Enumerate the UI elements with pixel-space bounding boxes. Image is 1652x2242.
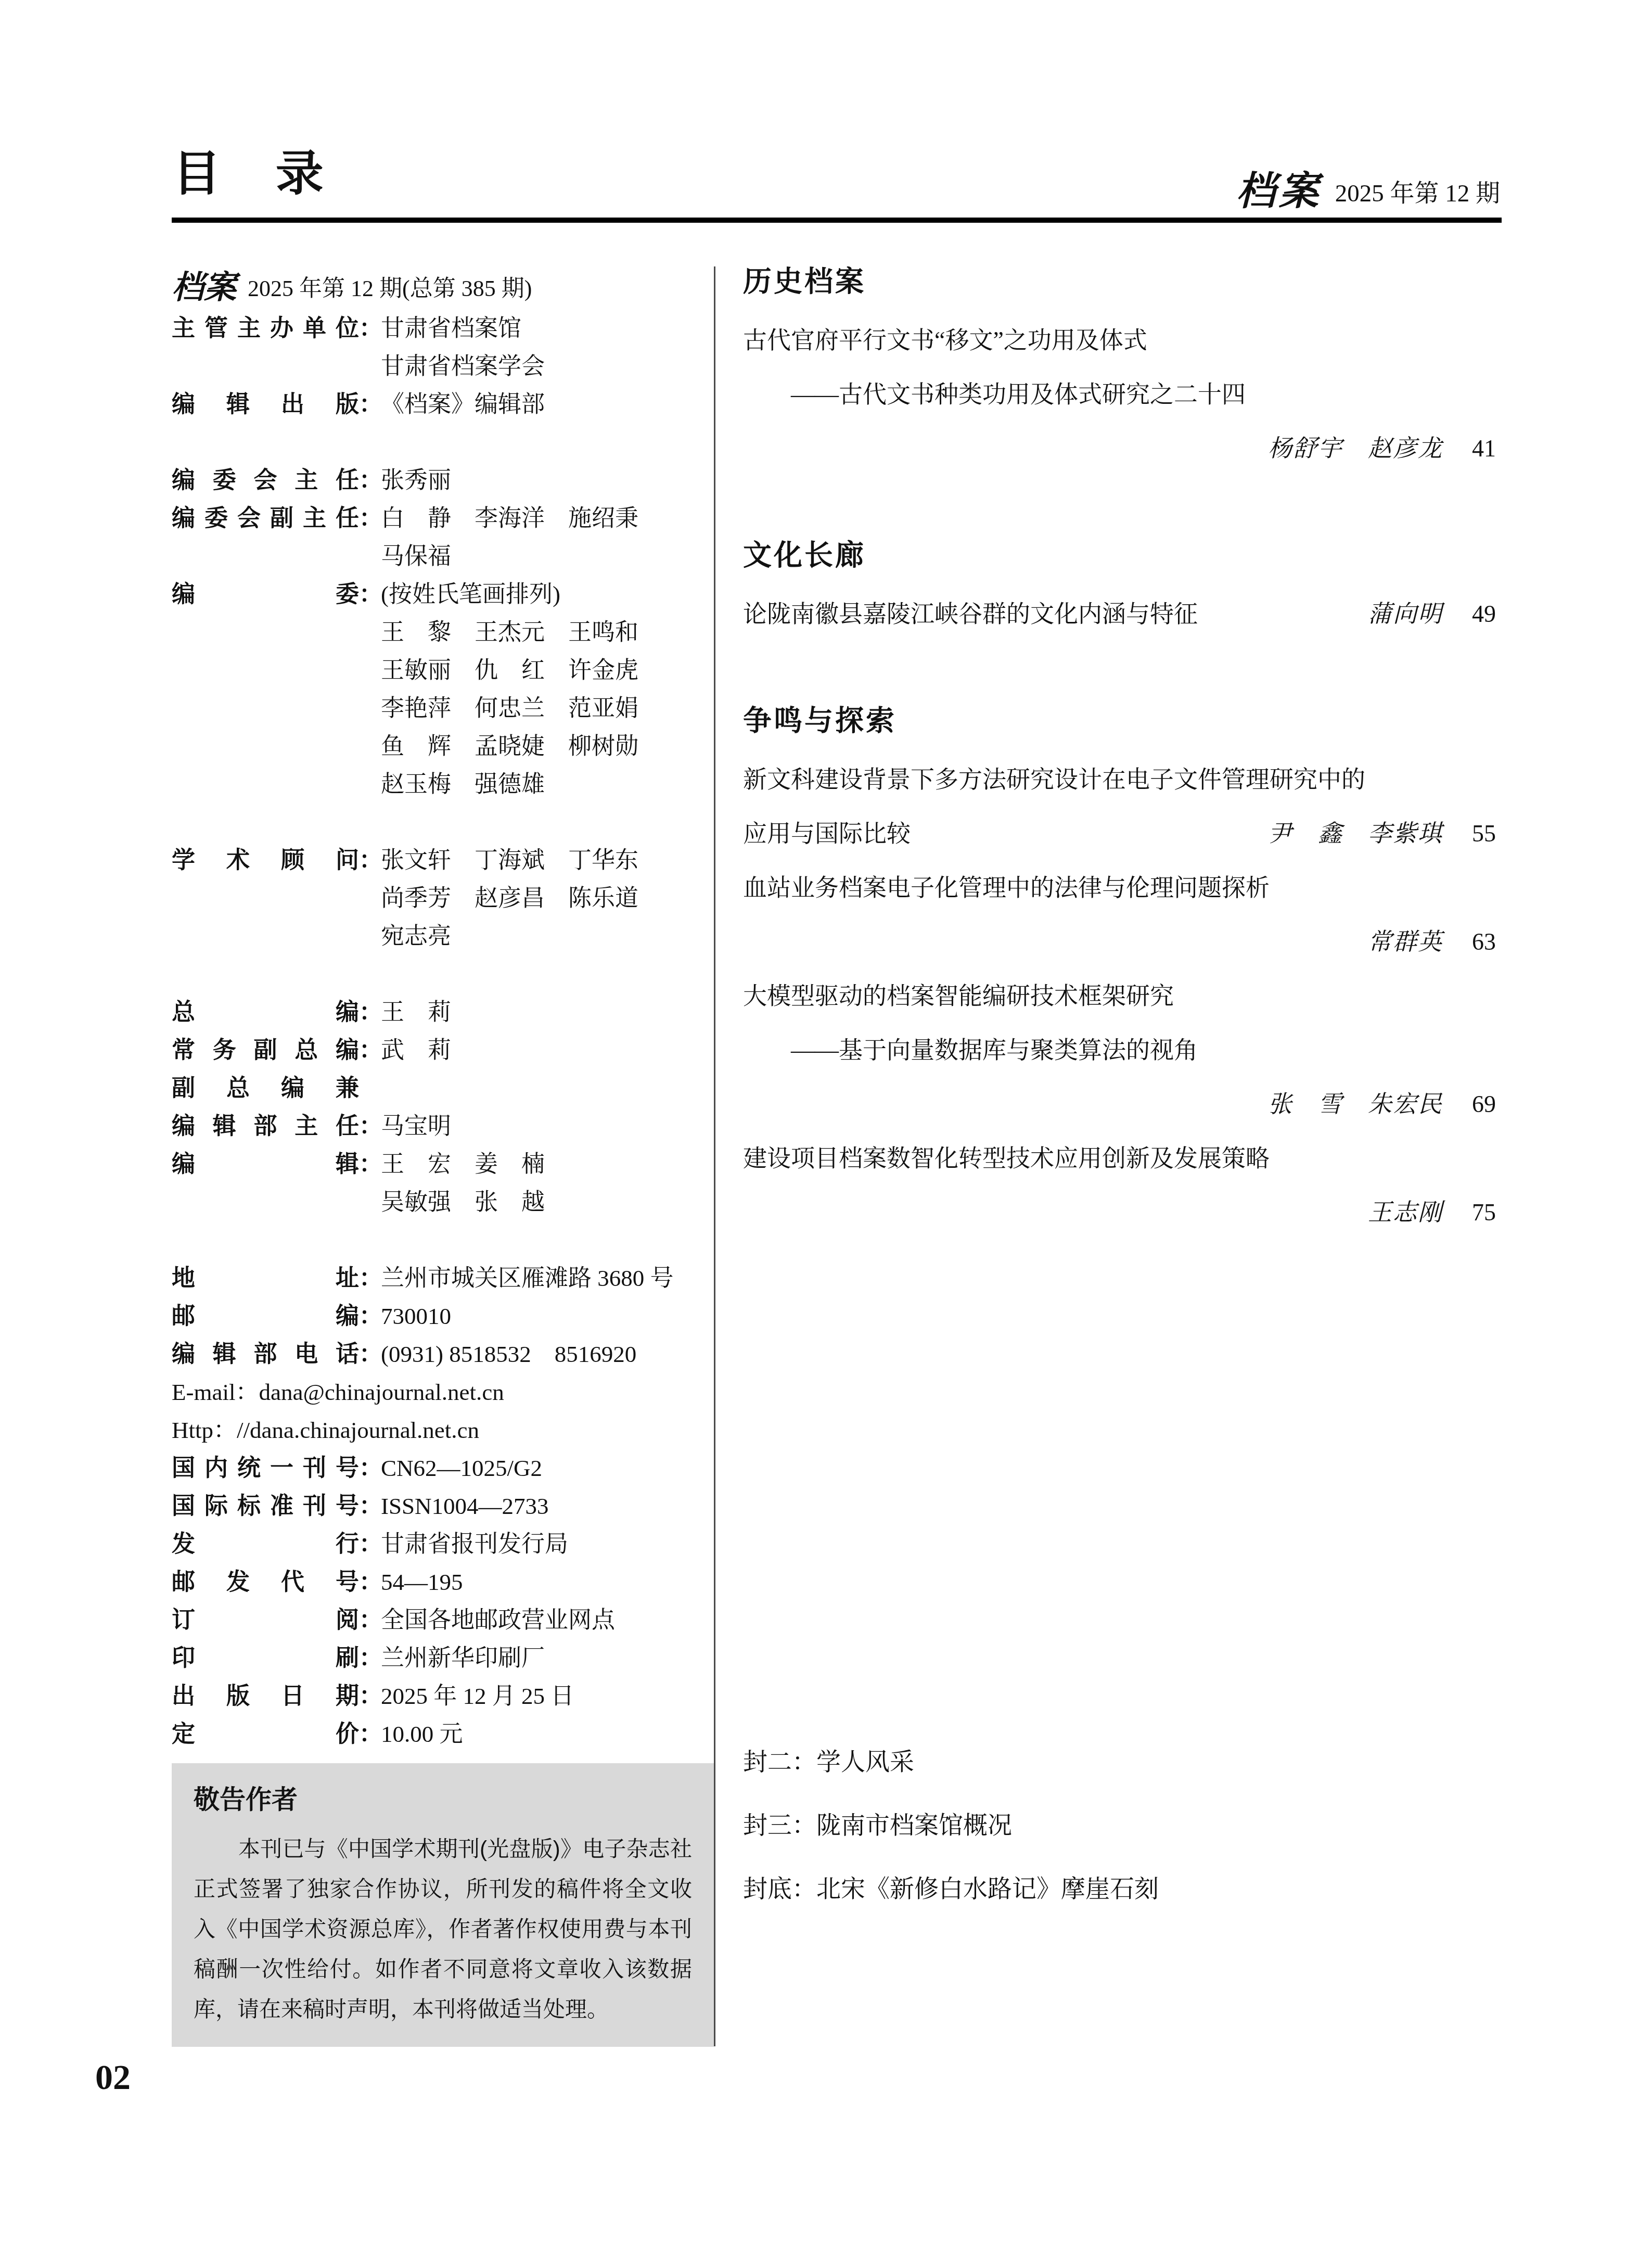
article-authors-row: 常群英63 (743, 928, 1496, 956)
masthead-label: 编委会主任 (172, 462, 359, 500)
masthead-label: 地址 (172, 1259, 359, 1297)
article-authors-page: 蒲向明49 (1368, 601, 1496, 628)
masthead-value: 2025 年 12 月 25 日 (381, 1683, 574, 1709)
masthead-website: Http：//dana.chinajournal.net.cn (172, 1417, 479, 1443)
masthead-logo-row: 档案2025 年第 12 期(总第 385 期) (172, 266, 715, 310)
masthead-value: 尚季芳 赵彦昌 陈乐道 (381, 885, 638, 911)
masthead-label: 发行 (172, 1525, 359, 1563)
masthead-row: 编辑部电话：(0931) 8518532 8516920 (172, 1335, 715, 1373)
masthead-colon: ： (359, 1449, 381, 1487)
masthead-value: 赵玉梅 强德雄 (381, 771, 545, 797)
masthead-row: 编委会副主任：白 静 李海洋 施绍秉 (172, 500, 715, 538)
journal-issue: 2025 年第 12 期 (1335, 180, 1500, 207)
masthead-colon: ： (359, 500, 381, 538)
masthead-value: 武 莉 (381, 1037, 451, 1063)
masthead-colon: ： (359, 1487, 381, 1525)
article-subtitle: ——古代文书种类功用及体式研究之二十四 (743, 381, 1496, 408)
cover-note-3: 封三：陇南市档案馆概况 (743, 1812, 1496, 1839)
masthead-label: 主管主办单位 (172, 310, 359, 348)
masthead-row: 主管主办单位：甘肃省档案馆 (172, 310, 715, 348)
masthead-label: 国际标准刊号 (172, 1487, 359, 1525)
masthead-row-website: Http：//dana.chinajournal.net.cn (172, 1411, 715, 1449)
article-subtitle: ——基于向量数据库与聚类算法的视角 (743, 1037, 1496, 1064)
masthead-label: 总编 (172, 993, 359, 1031)
masthead-value: 兰州新华印刷厂 (381, 1645, 545, 1671)
notice-body: 本刊已与《中国学术期刊(光盘版)》电子杂志社正式签署了独家合作协议，所刊发的稿件… (194, 1829, 692, 2029)
article-authors-page: 尹 鑫 李紫琪55 (1268, 820, 1496, 847)
section-heading: 争鸣与探索 (743, 706, 1496, 736)
toc-section-debate: 争鸣与探索 新文科建设背景下多方法研究设计在电子文件管理研究中的 应用与国际比较… (743, 706, 1496, 1226)
masthead-label: 定价 (172, 1715, 359, 1753)
masthead-row: 尚季芳 赵彦昌 陈乐道 (172, 880, 715, 918)
masthead-value: 《档案》编辑部 (381, 391, 545, 417)
cover-note-2: 封二：学人风采 (743, 1749, 1496, 1776)
masthead-value: 王 莉 (381, 999, 451, 1025)
masthead-colon: ： (359, 1715, 381, 1753)
masthead-value: 10.00 元 (381, 1721, 463, 1747)
masthead-row: 王敏丽 仇 红 许金虎 (172, 652, 715, 690)
masthead-row: 编委会主任：张秀丽 (172, 462, 715, 500)
masthead-colon: ： (359, 576, 381, 614)
masthead-value: (0931) 8518532 8516920 (381, 1341, 636, 1367)
masthead-row: 国际标准刊号：ISSN1004—2733 (172, 1487, 715, 1525)
toc-section-culture: 文化长廊 论陇南徽县嘉陵江峡谷群的文化内涵与特征蒲向明49 (743, 540, 1496, 628)
masthead-colon: ： (359, 1031, 381, 1069)
article-title: 建设项目档案数智化转型技术应用创新及发展策略 (743, 1145, 1496, 1172)
masthead-label: 订阅 (172, 1601, 359, 1639)
article-authors-row: 杨舒宇 赵彦龙41 (743, 435, 1496, 462)
masthead-colon: ： (359, 842, 381, 880)
masthead-colon: ： (359, 386, 381, 424)
masthead-row: 邮编：730010 (172, 1297, 715, 1335)
article-authors: 王志刚 (1368, 1199, 1443, 1226)
cover-note-back: 封底：北宋《新修白水路记》摩崖石刻 (743, 1876, 1496, 1903)
masthead-row: 李艳萍 何忠兰 范亚娟 (172, 690, 715, 728)
article-title: 大模型驱动的档案智能编研技术框架研究 (743, 983, 1496, 1010)
masthead-label: 邮发代号 (172, 1563, 359, 1601)
masthead-value: (按姓氏笔画排列) (381, 581, 560, 607)
masthead-row: 学术顾问：张文轩 丁海斌 丁华东 (172, 842, 715, 880)
masthead-colon: ： (359, 1107, 381, 1145)
page-number: 02 (95, 2057, 131, 2098)
article-row: 论陇南徽县嘉陵江峡谷群的文化内涵与特征蒲向明49 (743, 601, 1496, 628)
masthead-value: 兰州市城关区雁滩路 3680 号 (381, 1265, 674, 1291)
article-page: 69 (1472, 1091, 1496, 1117)
masthead-label: 国内统一刊号 (172, 1449, 359, 1487)
article-title: 应用与国际比较 (743, 820, 911, 847)
masthead-colon: ： (359, 1297, 381, 1335)
masthead-label: 编辑部电话 (172, 1335, 359, 1373)
masthead-value: CN62—1025/G2 (381, 1455, 542, 1481)
masthead-value: 李艳萍 何忠兰 范亚娟 (381, 695, 638, 721)
masthead-colon: ： (359, 1639, 381, 1677)
masthead-label: 出版日期 (172, 1677, 359, 1715)
masthead-value: 鱼 辉 孟晓婕 柳树勋 (381, 733, 638, 759)
journal-logo: 档案 (1236, 168, 1322, 214)
masthead-colon: ： (359, 993, 381, 1031)
page-title: 目录 (173, 150, 379, 198)
masthead-label: 编委会副主任 (172, 500, 359, 538)
masthead-colon: ： (359, 1259, 381, 1297)
masthead-value: 甘肃省报刊发行局 (381, 1531, 568, 1557)
article-authors: 杨舒宇 赵彦龙 (1268, 435, 1443, 462)
masthead-row: 总编：王 莉 (172, 993, 715, 1031)
masthead-value: ISSN1004—2733 (381, 1493, 549, 1519)
masthead-row: 地址：兰州市城关区雁滩路 3680 号 (172, 1259, 715, 1297)
header-rule (172, 218, 1502, 223)
masthead-label: 印刷 (172, 1639, 359, 1677)
masthead-label: 邮编 (172, 1297, 359, 1335)
article-authors-row: 王志刚75 (743, 1199, 1496, 1226)
article-title: 新文科建设背景下多方法研究设计在电子文件管理研究中的 (743, 766, 1496, 793)
section-heading: 文化长廊 (743, 540, 1496, 570)
notice-to-authors-box: 敬告作者 本刊已与《中国学术期刊(光盘版)》电子杂志社正式签署了独家合作协议，所… (172, 1763, 714, 2047)
masthead-value: 甘肃省档案馆 (381, 315, 521, 341)
article-page: 55 (1472, 820, 1496, 847)
header-journal-issue: 档案2025 年第 12 期 (1236, 159, 1500, 216)
masthead-label: 编辑出版 (172, 386, 359, 424)
masthead-value: 54—195 (381, 1569, 463, 1595)
cover-notes: 封二：学人风采 封三：陇南市档案馆概况 封底：北宋《新修白水路记》摩崖石刻 (743, 1749, 1496, 1939)
article-authors: 张 雪 朱宏民 (1268, 1091, 1443, 1117)
masthead-value: 全国各地邮政营业网点 (381, 1607, 615, 1633)
masthead-row: 王 黎 王杰元 王鸣和 (172, 614, 715, 652)
masthead-value: 张秀丽 (381, 467, 451, 493)
masthead-label: 编委 (172, 576, 359, 614)
toc-section-history: 历史档案 古代官府平行文书“移文”之功用及体式 ——古代文书种类功用及体式研究之… (743, 266, 1496, 462)
masthead-colon: ： (359, 1677, 381, 1715)
masthead-row: 定价：10.00 元 (172, 1715, 715, 1753)
masthead-value: 王敏丽 仇 红 许金虎 (381, 657, 638, 683)
masthead-row: 宛志亮 (172, 918, 715, 956)
masthead-value: 白 静 李海洋 施绍秉 (381, 505, 638, 531)
masthead-value: 张文轩 丁海斌 丁华东 (381, 847, 638, 873)
masthead-value: 甘肃省档案学会 (381, 353, 545, 379)
masthead-colon: ： (359, 310, 381, 348)
masthead-row: 甘肃省档案学会 (172, 348, 715, 386)
masthead-row-email: E-mail：dana@chinajournal.net.cn (172, 1373, 715, 1411)
masthead-colon: ： (359, 1601, 381, 1639)
masthead-row: 赵玉梅 强德雄 (172, 766, 715, 804)
masthead-row: 编辑出版：《档案》编辑部 (172, 386, 715, 424)
article-page: 63 (1472, 928, 1496, 955)
article-authors: 蒲向明 (1368, 601, 1443, 627)
masthead-value: 吴敏强 张 越 (381, 1189, 545, 1215)
toc-page: 目录 档案2025 年第 12 期 档案2025 年第 12 期(总第 385 … (0, 0, 1652, 2242)
article-authors: 尹 鑫 李紫琪 (1268, 820, 1443, 847)
masthead-colon: ： (359, 1563, 381, 1601)
masthead-colon: ： (359, 462, 381, 500)
masthead-colon: ： (359, 1335, 381, 1373)
toc-column: 历史档案 古代官府平行文书“移文”之功用及体式 ——古代文书种类功用及体式研究之… (743, 266, 1496, 1253)
article-title: 血站业务档案电子化管理中的法律与伦理问题探析 (743, 874, 1496, 901)
article-authors-row: 张 雪 朱宏民69 (743, 1091, 1496, 1118)
masthead-label: 编辑 (172, 1145, 359, 1183)
masthead-row: 邮发代号：54—195 (172, 1563, 715, 1601)
masthead-row: 编辑：王 宏 姜 楠 (172, 1145, 715, 1183)
article-page: 75 (1472, 1199, 1496, 1226)
masthead-value: 马宝明 (381, 1113, 451, 1139)
masthead-value: 宛志亮 (381, 923, 451, 949)
article-page: 49 (1472, 601, 1496, 627)
masthead-row: 常务副总编：武 莉 (172, 1031, 715, 1069)
section-heading: 历史档案 (743, 266, 1496, 297)
masthead-row: 马保福 (172, 538, 715, 576)
masthead-row: 出版日期：2025 年 12 月 25 日 (172, 1677, 715, 1715)
masthead-label: 学术顾问 (172, 842, 359, 880)
masthead-issue-full: 2025 年第 12 期(总第 385 期) (248, 276, 532, 301)
masthead-row: 编辑部主任：马宝明 (172, 1107, 715, 1145)
notice-title: 敬告作者 (194, 1779, 692, 1816)
article-title: 古代官府平行文书“移文”之功用及体式 (743, 327, 1496, 354)
masthead-row: 国内统一刊号：CN62—1025/G2 (172, 1449, 715, 1487)
masthead-row: 编委：(按姓氏笔画排列) (172, 576, 715, 614)
masthead-email: E-mail：dana@chinajournal.net.cn (172, 1379, 504, 1405)
masthead-label: 编辑部主任 (172, 1107, 359, 1145)
masthead-label: 副总编兼 (172, 1069, 359, 1107)
masthead-colon: ： (359, 1145, 381, 1183)
masthead-value: 730010 (381, 1303, 451, 1329)
masthead-column: 档案2025 年第 12 期(总第 385 期) 主管主办单位：甘肃省档案馆 甘… (172, 266, 715, 1753)
masthead-row: 印刷：兰州新华印刷厂 (172, 1639, 715, 1677)
masthead-row: 鱼 辉 孟晓婕 柳树勋 (172, 728, 715, 766)
masthead-row: 订阅：全国各地邮政营业网点 (172, 1601, 715, 1639)
article-title: 论陇南徽县嘉陵江峡谷群的文化内涵与特征 (743, 601, 1198, 628)
masthead-colon: ： (359, 1525, 381, 1563)
masthead-value: 马保福 (381, 543, 451, 569)
article-row: 应用与国际比较尹 鑫 李紫琪55 (743, 820, 1496, 847)
masthead-value: 王 宏 姜 楠 (381, 1151, 545, 1177)
masthead-row: 吴敏强 张 越 (172, 1183, 715, 1221)
article-authors: 常群英 (1368, 928, 1443, 955)
article-page: 41 (1472, 435, 1496, 462)
masthead-logo: 档案 (172, 268, 236, 306)
masthead-value: 王 黎 王杰元 王鸣和 (381, 619, 638, 645)
masthead-row: 发行：甘肃省报刊发行局 (172, 1525, 715, 1563)
masthead-label: 常务副总编 (172, 1031, 359, 1069)
masthead-row: 副总编兼 (172, 1069, 715, 1107)
